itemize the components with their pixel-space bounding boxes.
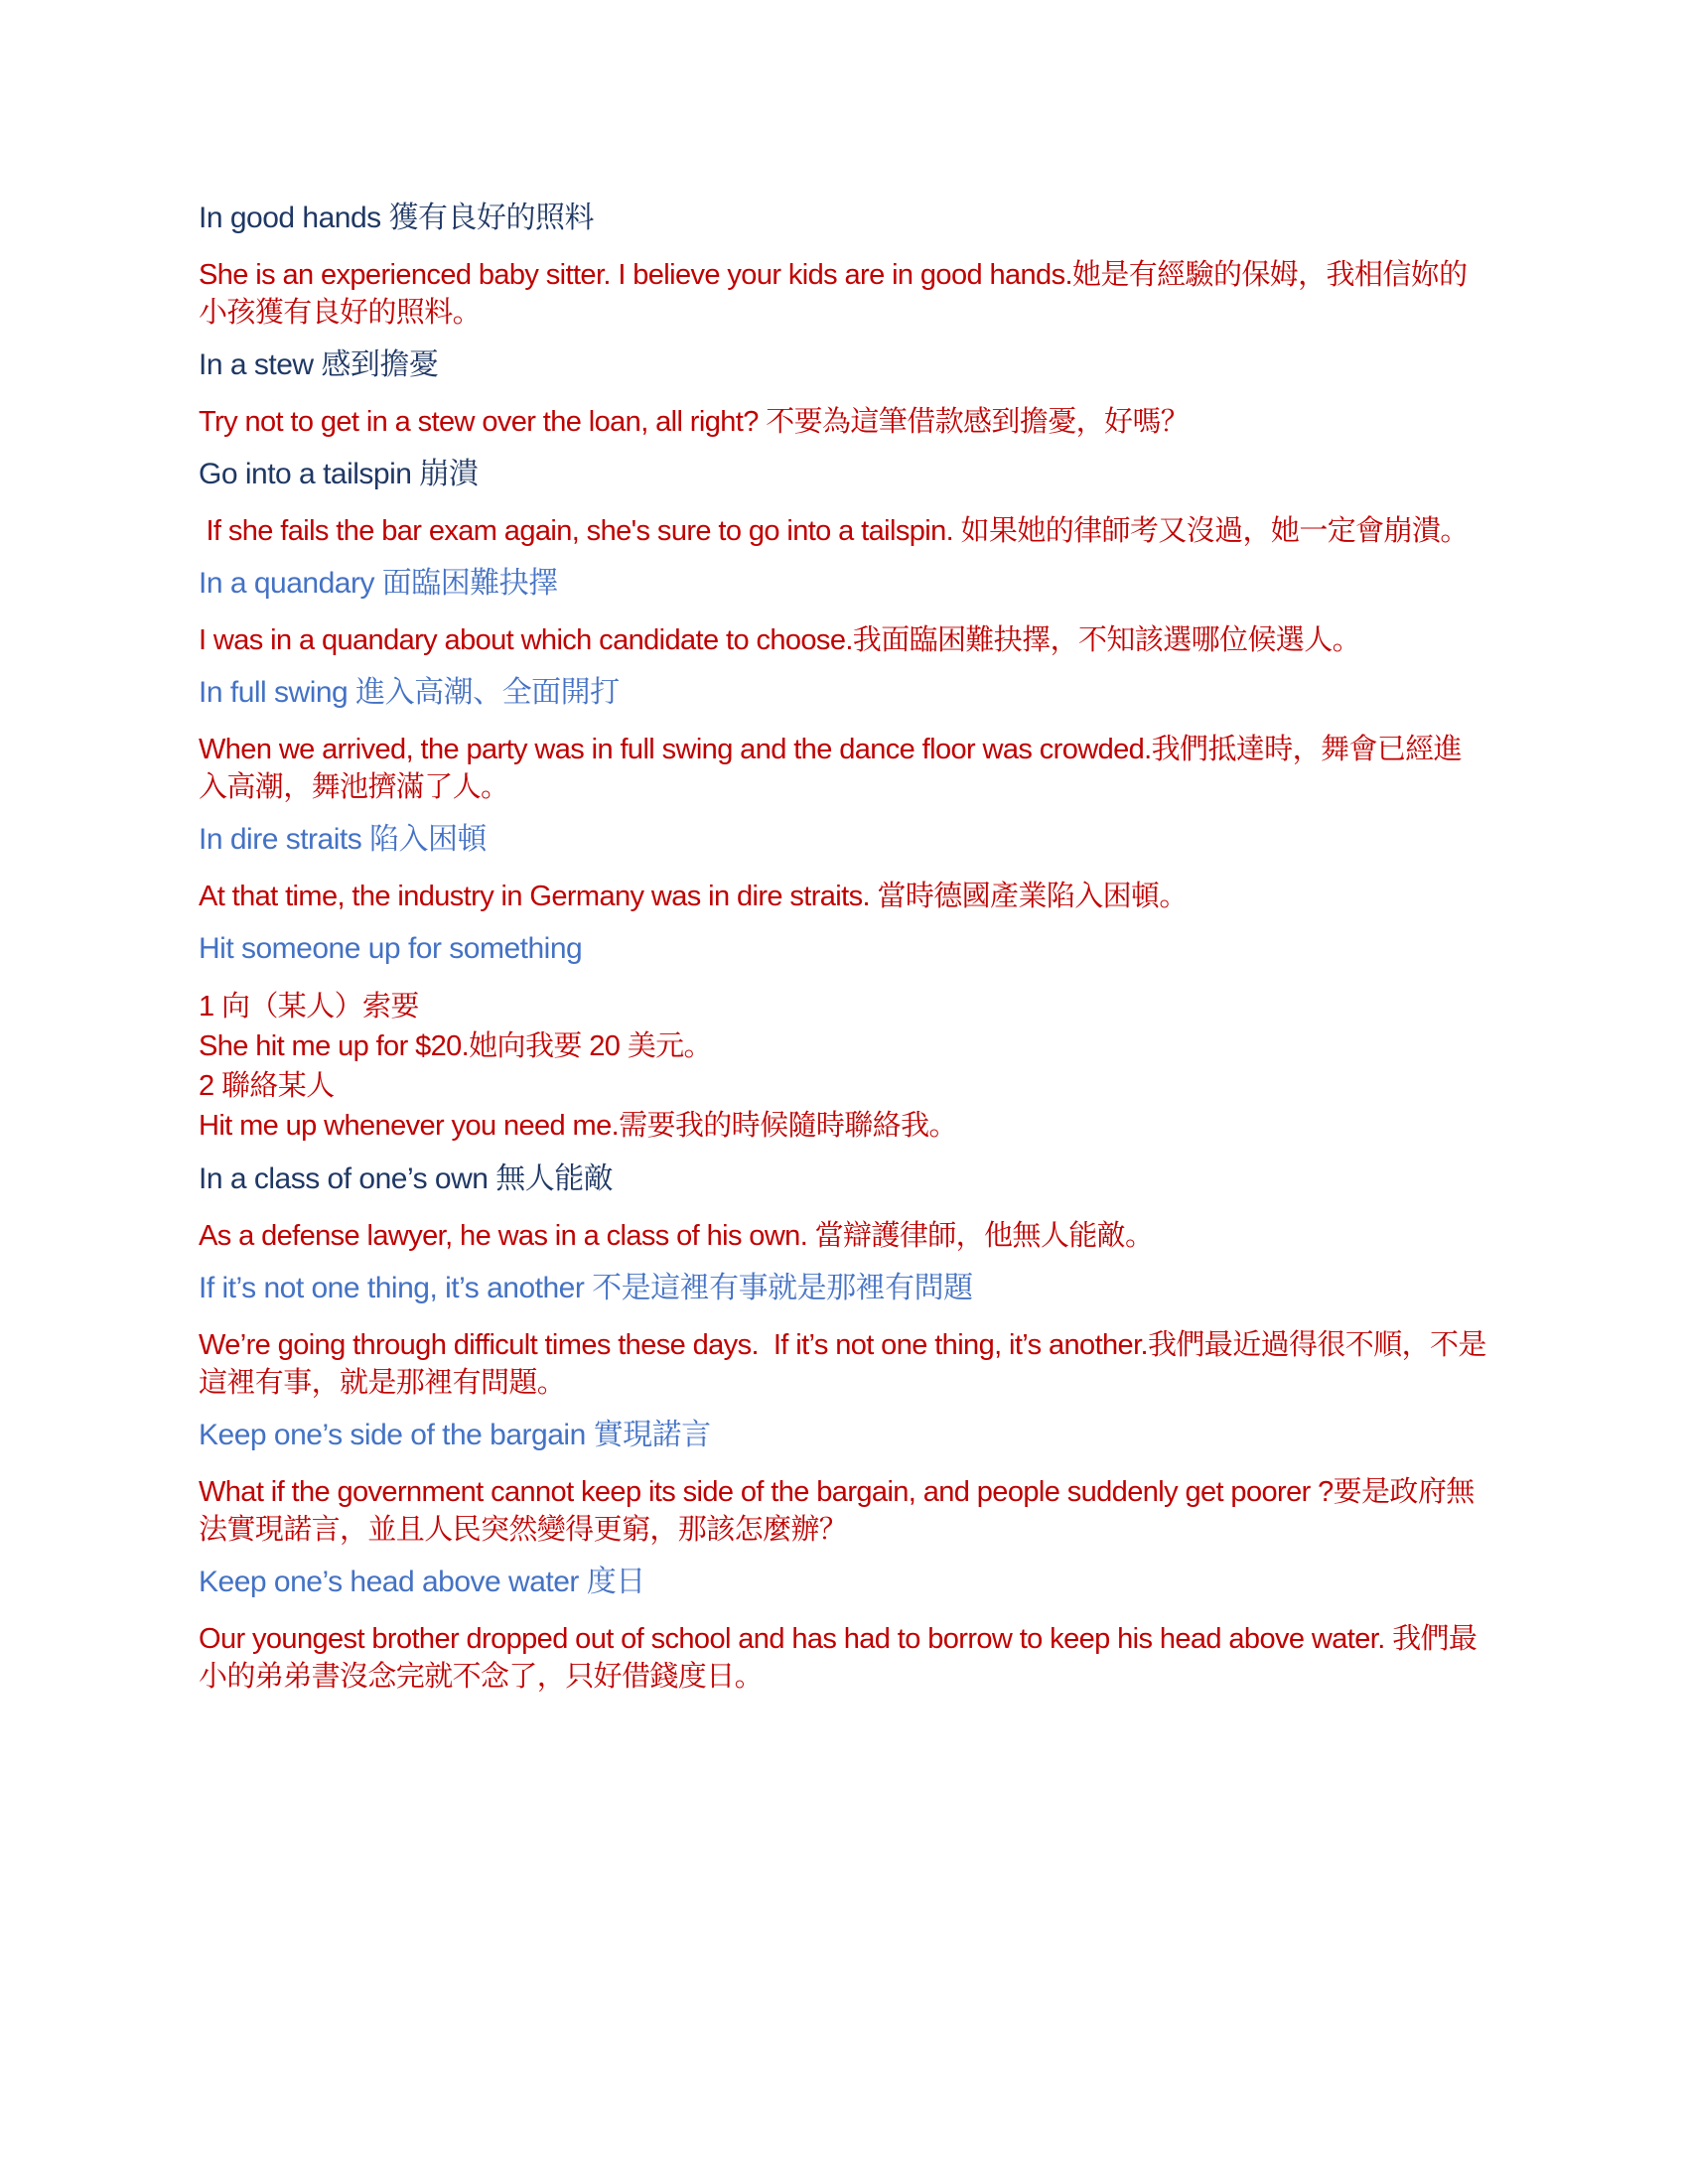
idiom-heading: In a class of one’s own 無人能敵 (199, 1160, 1489, 1199)
idiom-heading: In a quandary 面臨困難抉擇 (199, 564, 1489, 604)
idiom-heading: In a stew 感到擔憂 (199, 345, 1489, 385)
entry-keep-ones-side-of-the-bargain: Keep one’s side of the bargain 實現諾言 What… (199, 1416, 1489, 1549)
idiom-heading: Go into a tailspin 崩潰 (199, 455, 1489, 494)
entry-go-into-a-tailspin: Go into a tailspin 崩潰 If she fails the b… (199, 455, 1489, 550)
example-sentence: When we arrived, the party was in full s… (199, 731, 1489, 806)
example-sentence: Try not to get in a stew over the loan, … (199, 403, 1489, 441)
entry-in-good-hands: In good hands 獲有良好的照料 She is an experien… (199, 199, 1489, 332)
idiom-heading: Hit someone up for something (199, 929, 1489, 969)
sense-label: 2 聯絡某人 (199, 1066, 1489, 1106)
example-sentence: Hit me up whenever you need me.需要我的時候隨時聯… (199, 1106, 1489, 1146)
entry-in-a-quandary: In a quandary 面臨困難抉擇 I was in a quandary… (199, 564, 1489, 659)
example-sentence: At that time, the industry in Germany wa… (199, 878, 1489, 915)
example-sentence: As a defense lawyer, he was in a class o… (199, 1217, 1489, 1255)
example-sentence: We’re going through difficult times thes… (199, 1326, 1489, 1402)
entry-keep-ones-head-above-water: Keep one’s head above water 度日 Our young… (199, 1563, 1489, 1696)
idiom-heading: Keep one’s side of the bargain 實現諾言 (199, 1416, 1489, 1455)
entry-in-dire-straits: In dire straits 陷入困頓 At that time, the i… (199, 820, 1489, 915)
idiom-heading: Keep one’s head above water 度日 (199, 1563, 1489, 1602)
idiom-heading: In full swing 進入高潮、全面開打 (199, 673, 1489, 713)
example-sentence: What if the government cannot keep its s… (199, 1473, 1489, 1549)
example-sentence: Our youngest brother dropped out of scho… (199, 1620, 1489, 1696)
idiom-heading: In good hands 獲有良好的照料 (199, 199, 1489, 238)
entry-hit-someone-up: Hit someone up for something 1 向（某人）索要 S… (199, 929, 1489, 1146)
entry-if-its-not-one-thing: If it’s not one thing, it’s another 不是這裡… (199, 1269, 1489, 1402)
entry-in-full-swing: In full swing 進入高潮、全面開打 When we arrived,… (199, 673, 1489, 806)
entry-in-a-stew: In a stew 感到擔憂 Try not to get in a stew … (199, 345, 1489, 441)
example-sentence: She is an experienced baby sitter. I bel… (199, 256, 1489, 332)
sense-label: 1 向（某人）索要 (199, 987, 1489, 1026)
entry-in-a-class-of-ones-own: In a class of one’s own 無人能敵 As a defens… (199, 1160, 1489, 1255)
idiom-document: In good hands 獲有良好的照料 She is an experien… (199, 199, 1489, 1709)
senses-list: 1 向（某人）索要 She hit me up for $20.她向我要 20 … (199, 987, 1489, 1146)
example-sentence: I was in a quandary about which candidat… (199, 621, 1489, 659)
idiom-heading: If it’s not one thing, it’s another 不是這裡… (199, 1269, 1489, 1308)
example-sentence: If she fails the bar exam again, she's s… (199, 512, 1489, 550)
example-sentence: She hit me up for $20.她向我要 20 美元。 (199, 1026, 1489, 1066)
idiom-heading: In dire straits 陷入困頓 (199, 820, 1489, 860)
